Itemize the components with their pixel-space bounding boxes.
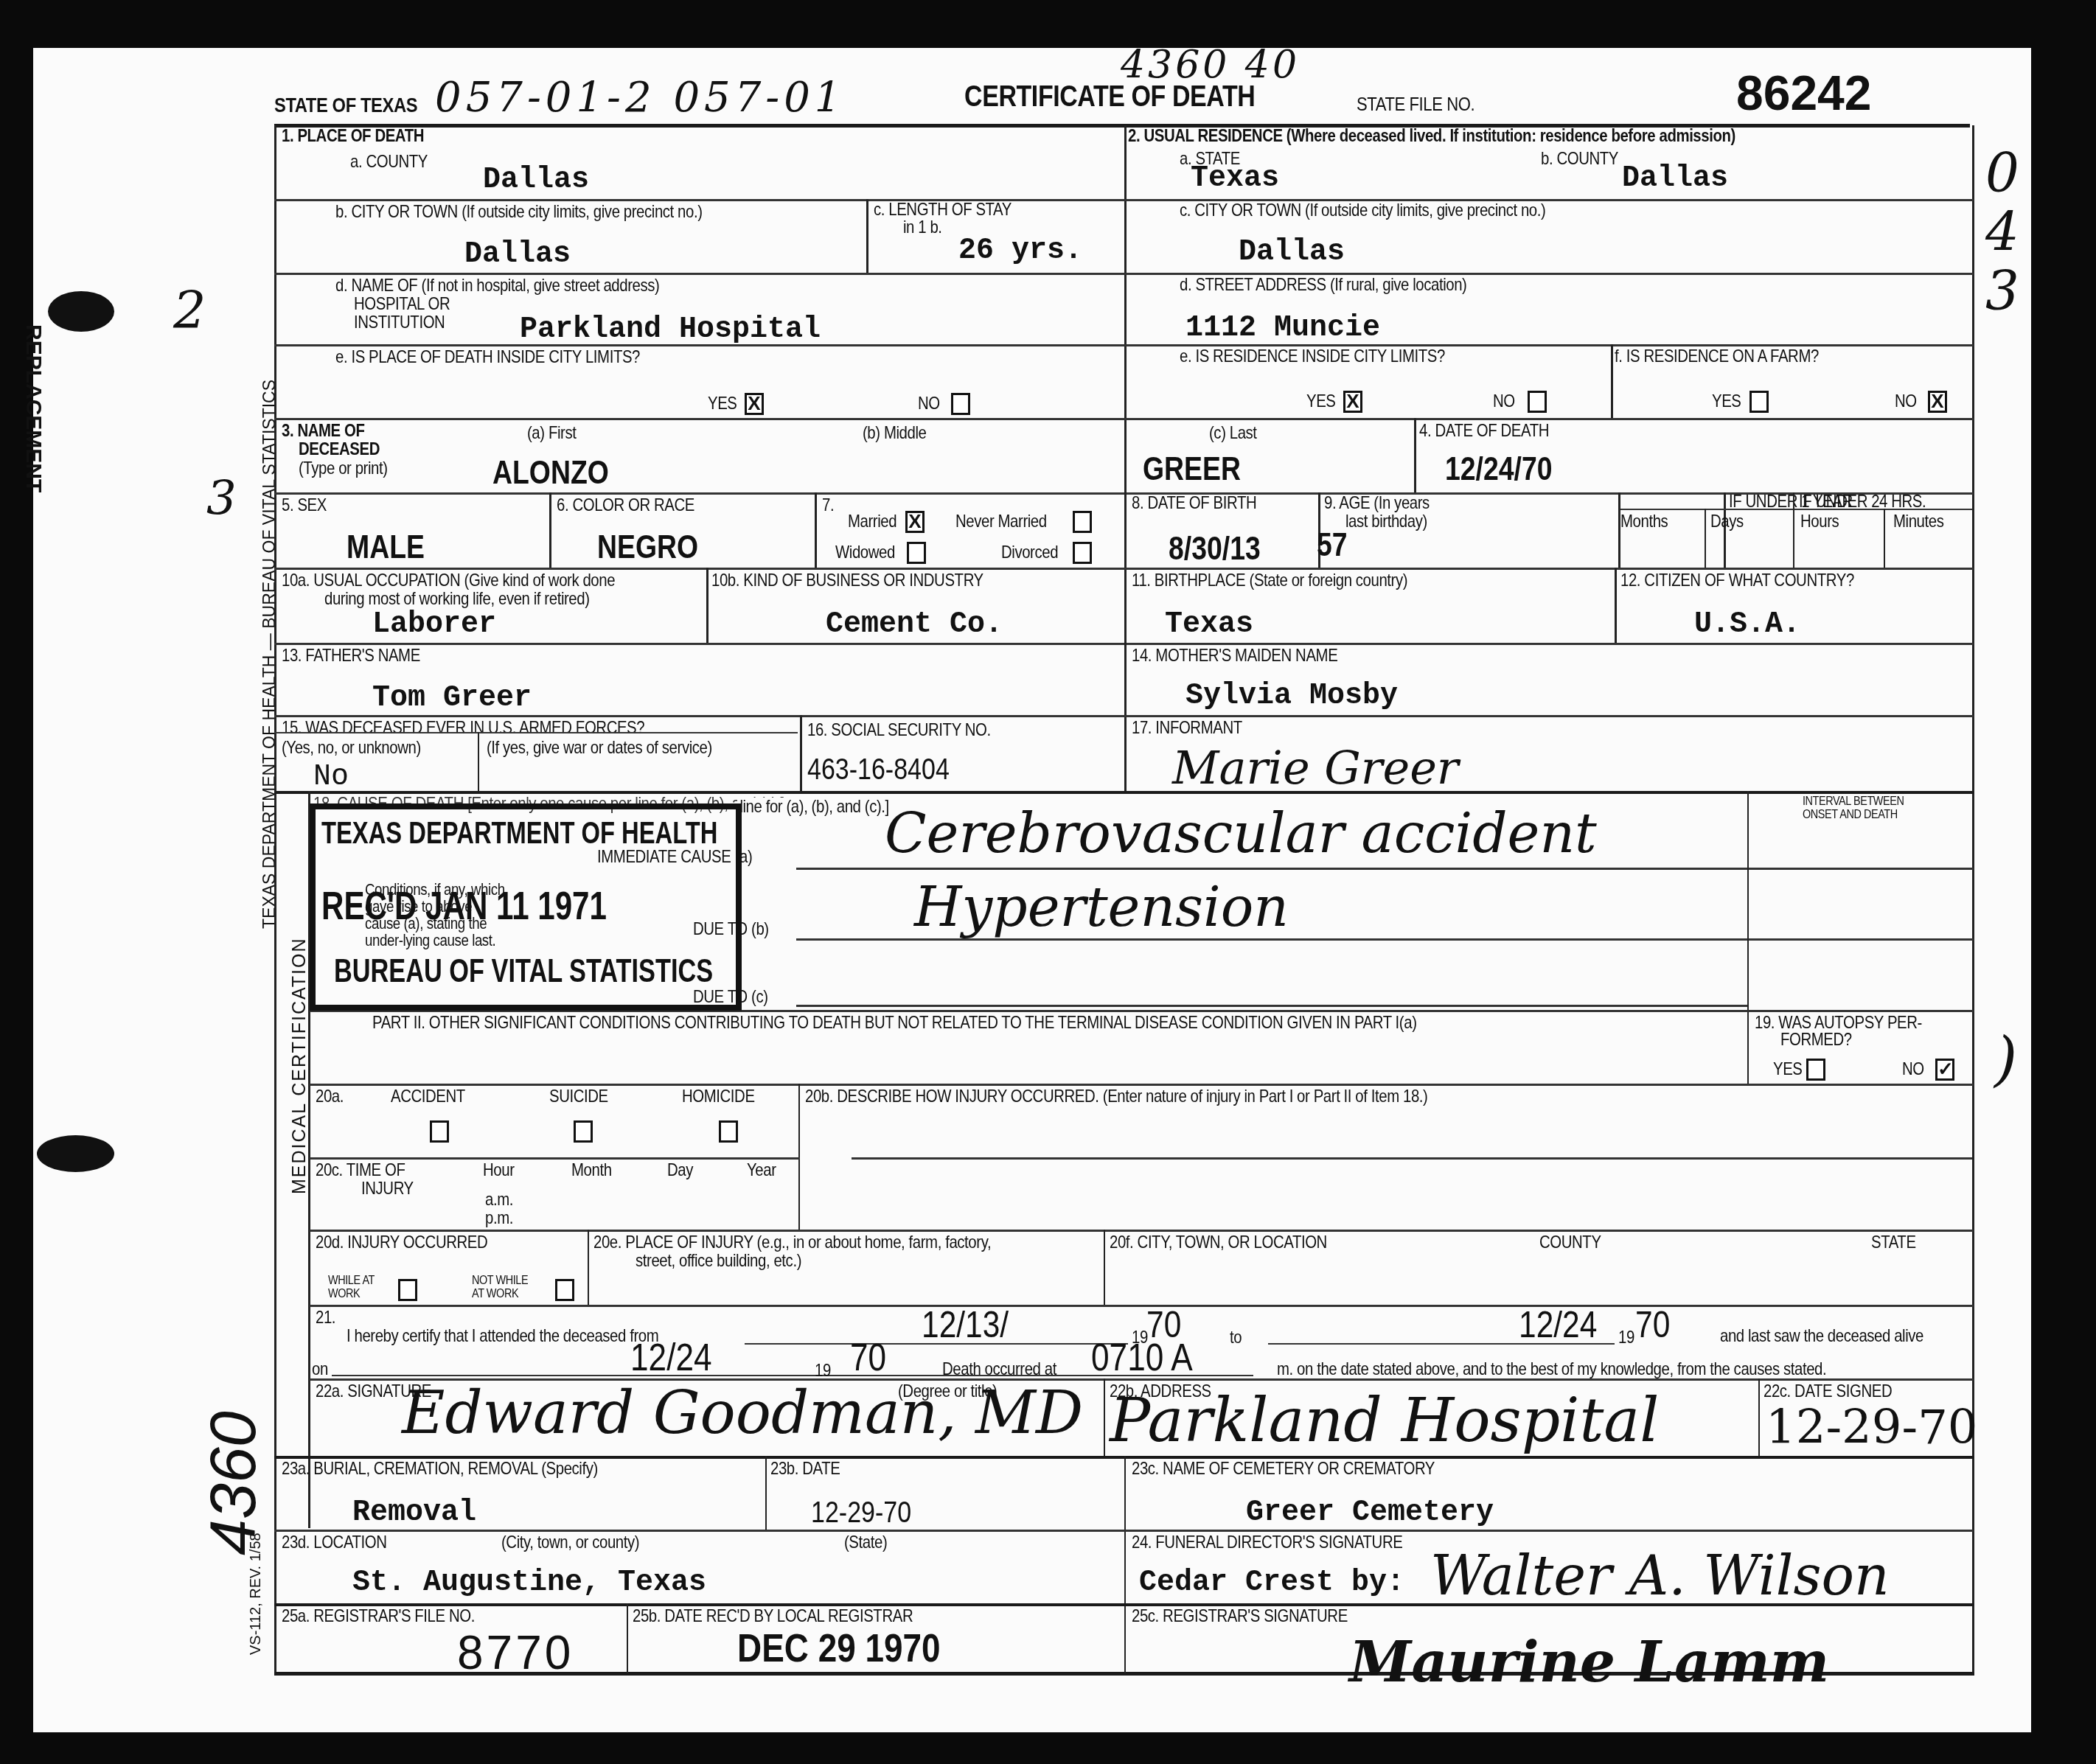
divider (1104, 1230, 1105, 1305)
state-file-number: 86242 (1736, 65, 1872, 121)
residence-city-value[interactable]: Dallas (1239, 236, 1345, 269)
due-to-c-line (796, 1005, 1747, 1007)
occupation-label: 10a. USUAL OCCUPATION (Give kind of work… (282, 571, 615, 590)
registrar-date-label: 25b. DATE REC'D BY LOCAL REGISTRAR (633, 1607, 913, 1625)
punch-hole-bottom (37, 1135, 114, 1172)
on-label: on (312, 1360, 328, 1378)
citizen-label: 12. CITIZEN OF WHAT COUNTRY? (1620, 571, 1854, 590)
knowledge-text: m. on the date stated above, and to the … (1277, 1360, 1826, 1378)
res-inside-no-label: NO (1493, 392, 1515, 411)
residence-county-value[interactable]: Dallas (1622, 162, 1728, 195)
while-at-work-checkbox[interactable] (398, 1279, 417, 1301)
autopsy-yes-label: YES (1773, 1060, 1803, 1078)
divider (1124, 643, 1127, 794)
registrar-signature: Maurine Lamm (1349, 1629, 1829, 1695)
divider (310, 1230, 1974, 1232)
medical-certification-label: MEDICAL CERTIFICATION (289, 937, 310, 1194)
months-label: Months (1620, 512, 1668, 531)
stay-value[interactable]: 26 yrs. (958, 234, 1082, 268)
birthplace-value[interactable]: Texas (1165, 608, 1253, 641)
residence-state-value[interactable]: Texas (1191, 162, 1279, 195)
institution-label-3: INSTITUTION (354, 313, 445, 332)
street-value[interactable]: 1112 Muncie (1185, 312, 1380, 345)
divider (1615, 568, 1617, 644)
label-20a: 20a. (316, 1087, 344, 1106)
immediate-cause-line (796, 868, 1747, 870)
industry-value[interactable]: Cement Co. (826, 608, 1003, 641)
date-signed-value: 12-29-70 (1766, 1401, 1978, 1455)
occupation-value[interactable]: Laborer (372, 608, 496, 641)
divider (1414, 418, 1416, 494)
industry-label: 10b. KIND OF BUSINESS OR INDUSTRY (711, 571, 983, 590)
res-inside-no-checkbox[interactable] (1528, 391, 1547, 413)
divider (1124, 1456, 1126, 1673)
mother-label: 14. MOTHER'S MAIDEN NAME (1132, 646, 1337, 665)
divider (765, 1456, 767, 1530)
registrar-date-value[interactable]: DEC 29 1970 (737, 1625, 941, 1671)
inside-city-label: e. IS PLACE OF DEATH INSIDE CITY LIMITS? (335, 348, 640, 366)
divorced-label: Divorced (1001, 543, 1058, 562)
burial-value[interactable]: Removal (352, 1496, 476, 1530)
birthplace-label: 11. BIRTHPLACE (State or foreign country… (1132, 571, 1407, 590)
to-label: to (1230, 1328, 1242, 1347)
day-label: Day (667, 1161, 693, 1179)
name-label-3: (Type or print) (299, 459, 388, 478)
state-file-label: STATE FILE NO. (1357, 94, 1474, 114)
cemetery-value[interactable]: Greer Cemetery (1246, 1496, 1494, 1530)
to-year-value[interactable]: 70 (1635, 1303, 1670, 1346)
res-inside-city-label: e. IS RESIDENCE INSIDE CITY LIMITS? (1180, 347, 1445, 366)
res-inside-yes-checkbox[interactable]: X (1343, 391, 1362, 413)
registrar-file-label: 25a. REGISTRAR'S FILE NO. (282, 1607, 475, 1625)
replacement-stamp: REPLACEMENT (21, 324, 46, 492)
divider (800, 715, 802, 792)
label-21: 21. (316, 1308, 335, 1327)
not-while-at-work-label: NOT WHILE AT WORK (472, 1274, 541, 1300)
funeral-signature: Walter A. Wilson (1430, 1544, 1890, 1608)
margin-note-043: 043 (1985, 144, 2037, 321)
ssn-label: 16. SOCIAL SECURITY NO. (807, 721, 991, 739)
race-label: 6. COLOR OR RACE (557, 496, 694, 515)
due-to-b-value[interactable]: Hypertension (914, 876, 1289, 939)
to-date-value[interactable]: 12/24 (1519, 1303, 1597, 1346)
divider (274, 715, 1974, 717)
stamp-line-3: BUREAU OF VITAL STATISTICS (334, 953, 713, 990)
middle-name-label: (b) Middle (863, 424, 926, 442)
institution-value[interactable]: Parkland Hospital (520, 313, 821, 346)
location-sub-2: (State) (844, 1533, 887, 1552)
city-value[interactable]: Dallas (464, 238, 571, 271)
injury-county-label: COUNTY (1539, 1233, 1601, 1252)
autopsy-label-2: FORMED? (1780, 1031, 1852, 1049)
autopsy-no-checkbox[interactable]: ✓ (1935, 1059, 1954, 1081)
divider (1884, 509, 1885, 568)
accident-checkbox[interactable] (430, 1120, 449, 1143)
divider (706, 568, 708, 644)
margin-note-3: 3 (206, 472, 237, 526)
part2-label: PART II. OTHER SIGNIFICANT CONDITIONS CO… (372, 1014, 1417, 1032)
stay-label: c. LENGTH OF STAY (874, 201, 1012, 219)
label-20f: 20f. CITY, TOWN, OR LOCATION (1110, 1233, 1327, 1252)
homicide-checkbox[interactable] (719, 1120, 738, 1143)
minutes-label: Minutes (1893, 512, 1943, 531)
divider (1749, 938, 1974, 941)
from-date-value[interactable]: 12/13/ (922, 1303, 1009, 1346)
divider (478, 732, 479, 791)
divider (1705, 509, 1706, 568)
autopsy-yes-checkbox[interactable] (1806, 1059, 1825, 1081)
age-value[interactable]: 57 (1317, 527, 1348, 564)
month-label: Month (571, 1161, 612, 1179)
injury-state-label: STATE (1871, 1233, 1916, 1252)
informant-label: 17. INFORMANT (1132, 719, 1242, 737)
nineteen-3: 19 (815, 1362, 831, 1380)
burial-label: 23a. BURIAL, CREMATION, REMOVAL (Specify… (282, 1460, 598, 1478)
farm-label: f. IS RESIDENCE ON A FARM? (1615, 347, 1819, 366)
location-value[interactable]: St. Augustine, Texas (352, 1566, 706, 1600)
last-saw-text: and last saw the deceased alive (1720, 1327, 1923, 1345)
location-label: 23d. LOCATION (282, 1533, 387, 1552)
death-time-value[interactable]: 0710 A (1091, 1336, 1193, 1380)
sex-label: 5. SEX (282, 496, 327, 515)
married-checkbox[interactable]: X (905, 511, 925, 533)
divider (1793, 492, 1794, 568)
divider (549, 492, 551, 568)
stamp-line-2: REC'D JAN 11 1971 (321, 883, 607, 929)
divider (866, 199, 868, 273)
never-married-checkbox[interactable] (1073, 511, 1092, 533)
divider (310, 1157, 800, 1160)
cemetery-label: 23c. NAME OF CEMETERY OR CREMATORY (1132, 1460, 1435, 1478)
inside-city-no-label: NO (918, 394, 940, 413)
interval-label-2: ONSET AND DEATH (1803, 808, 1898, 821)
stay-sublabel: in 1 b. (903, 218, 942, 237)
state-of-texas-label: STATE OF TEXAS (274, 94, 417, 116)
divider (588, 1230, 589, 1305)
margin-note-mark: ) (1994, 1025, 2017, 1093)
farm-yes-label: YES (1712, 392, 1741, 411)
registrar-file-value[interactable]: 8770 (457, 1625, 574, 1680)
suicide-checkbox[interactable] (574, 1120, 593, 1143)
margin-note-2: 2 (173, 280, 206, 341)
institution-label-2: HOSPITAL OR (354, 295, 450, 313)
funeral-typed[interactable]: Cedar Crest by: (1139, 1566, 1404, 1600)
first-name-label: (a) First (527, 424, 576, 442)
handwritten-top-note: 4360 40 (1121, 43, 1300, 87)
informant-signature: Marie Greer (1172, 741, 1459, 795)
divorced-checkbox[interactable] (1073, 542, 1092, 564)
occupation-label-2: during most of working life, even if ret… (324, 590, 590, 608)
last-name-value[interactable]: GREER (1143, 451, 1241, 488)
cause-line-note: line for (a), (b), and (c).] (737, 798, 889, 816)
county-label: a. COUNTY (350, 153, 428, 171)
first-name-value[interactable]: ALONZO (492, 455, 609, 492)
age-label-2: last birthday) (1345, 512, 1427, 531)
label-20c: 20c. TIME OF (316, 1161, 405, 1179)
year-label: Year (747, 1161, 776, 1179)
label-20c-2: INJURY (361, 1179, 414, 1198)
hours-label: Hours (1800, 512, 1839, 531)
never-married-label: Never Married (955, 512, 1047, 531)
on-year-value[interactable]: 70 (850, 1336, 886, 1380)
birth-date-value[interactable]: 8/30/13 (1169, 531, 1261, 568)
mother-value[interactable]: Sylvia Mosby (1185, 680, 1398, 713)
label-20d: 20d. INJURY OCCURRED (316, 1233, 487, 1252)
label-20b: 20b. DESCRIBE HOW INJURY OCCURRED. (Ente… (805, 1087, 1427, 1106)
interval-label-1: INTERVAL BETWEEN (1803, 795, 1904, 808)
res-inside-yes-label: YES (1306, 392, 1336, 411)
divider (274, 568, 1974, 570)
institution-label: d. NAME OF (If not in hospital, give str… (335, 276, 659, 295)
homicide-label: HOMICIDE (682, 1087, 755, 1106)
divider (274, 273, 1126, 275)
divider (1749, 868, 1974, 870)
location-sub-1: (City, town, or county) (501, 1533, 639, 1552)
armed-sub-2: (If yes, give war or dates of service) (487, 739, 712, 757)
handwritten-header-code: 057-01-2 057-01 (435, 74, 845, 122)
divider (274, 732, 798, 733)
inside-city-yes-checkbox[interactable]: X (745, 393, 764, 415)
on-date-value[interactable]: 12/24 (630, 1336, 712, 1380)
married-label: Married (848, 512, 896, 531)
farm-no-checkbox[interactable]: X (1928, 391, 1947, 413)
received-stamp: TEXAS DEPARTMENT OF HEALTH REC'D JAN 11 … (310, 803, 742, 1011)
date-signed-label: 22c. DATE SIGNED (1764, 1382, 1892, 1401)
divider (274, 418, 1974, 420)
inside-city-yes-label: YES (708, 394, 737, 413)
not-while-at-work-checkbox[interactable] (555, 1279, 574, 1301)
age-label: 9. AGE (In years (1324, 494, 1430, 512)
father-label: 13. FATHER'S NAME (282, 646, 420, 665)
punch-hole-top (48, 291, 114, 332)
divider (1618, 492, 1620, 568)
last-name-label: (c) Last (1209, 424, 1257, 442)
death-date-value[interactable]: 12/24/70 (1445, 451, 1553, 488)
residence-county-label: b. COUNTY (1541, 150, 1618, 168)
city-label: b. CITY OR TOWN (If outside city limits,… (335, 203, 703, 221)
divider (1611, 344, 1613, 418)
autopsy-no-label: NO (1902, 1060, 1924, 1078)
inside-city-no-checkbox[interactable] (951, 393, 970, 415)
divider (274, 1530, 1974, 1532)
am-label: a.m. (485, 1190, 513, 1209)
label-20e-2: street, office building, etc.) (636, 1252, 801, 1270)
sex-value[interactable]: MALE (347, 529, 425, 566)
residence-city-label: c. CITY OR TOWN (If outside city limits,… (1180, 201, 1545, 220)
pm-label: p.m. (485, 1209, 513, 1227)
burial-date-label: 23b. DATE (770, 1460, 840, 1478)
burial-date-value[interactable]: 12-29-70 (811, 1496, 911, 1530)
name-label-2: DECEASED (299, 440, 380, 459)
divider (852, 1157, 1972, 1160)
address-value: Parkland Hospital (1110, 1386, 1660, 1456)
divider (310, 1305, 1974, 1307)
immediate-cause-value[interactable]: Cerebrovascular accident (885, 802, 1597, 865)
divider (1104, 1378, 1105, 1456)
divider (815, 492, 817, 568)
divider (1618, 509, 1972, 510)
race-value[interactable]: NEGRO (597, 529, 698, 566)
divider (274, 1603, 1974, 1606)
divider (310, 1084, 1974, 1086)
residence-label: 2. USUAL RESIDENCE (Where deceased lived… (1128, 127, 1735, 145)
place-of-death-label: 1. PLACE OF DEATH (282, 127, 424, 145)
widowed-checkbox[interactable] (907, 542, 926, 564)
registrar-signature-label: 25c. REGISTRAR'S SIGNATURE (1132, 1607, 1348, 1625)
birth-date-label: 8. DATE OF BIRTH (1132, 494, 1256, 512)
name-label: 3. NAME OF (282, 422, 364, 440)
marital-label: 7. (822, 496, 834, 515)
divider (1758, 1378, 1760, 1456)
ssn-value[interactable]: 463-16-8404 (807, 753, 950, 787)
physician-signature: Edward Goodman, MD (402, 1378, 1083, 1447)
armed-value[interactable]: No (313, 761, 349, 794)
while-at-work-label: WHILE AT WORK (328, 1274, 391, 1300)
armed-forces-label: 15. WAS DECEASED EVER IN U.S. ARMED FORC… (282, 719, 644, 737)
days-label: Days (1710, 512, 1744, 531)
widowed-label: Widowed (835, 543, 895, 562)
center-divider-top (1124, 125, 1127, 494)
death-date-label: 4. DATE OF DEATH (1419, 422, 1549, 440)
father-value[interactable]: Tom Greer (372, 682, 532, 715)
citizen-value[interactable]: U.S.A. (1694, 608, 1800, 641)
county-value[interactable]: Dallas (483, 164, 589, 197)
margin-note-4360: 4360 (195, 1411, 271, 1555)
hour-label: Hour (483, 1161, 515, 1179)
stamp-line-1: TEXAS DEPARTMENT OF HEALTH (321, 815, 718, 851)
death-occurred-label: Death occurred at (942, 1360, 1056, 1378)
accident-label: ACCIDENT (391, 1087, 465, 1106)
funeral-label: 24. FUNERAL DIRECTOR'S SIGNATURE (1132, 1533, 1402, 1552)
suicide-label: SUICIDE (549, 1087, 608, 1106)
farm-no-label: NO (1895, 392, 1917, 411)
label-20e: 20e. PLACE OF INJURY (e.g., in or about … (593, 1233, 991, 1252)
divider (627, 1603, 628, 1673)
street-label: d. STREET ADDRESS (If rural, give locati… (1180, 276, 1466, 294)
armed-sub-1: (Yes, no, or unknown) (282, 739, 421, 757)
nineteen-2: 19 (1618, 1328, 1634, 1347)
certify-text: I hereby certify that I attended the dec… (347, 1327, 658, 1345)
left-border (274, 125, 276, 1673)
farm-yes-checkbox[interactable] (1749, 391, 1769, 413)
